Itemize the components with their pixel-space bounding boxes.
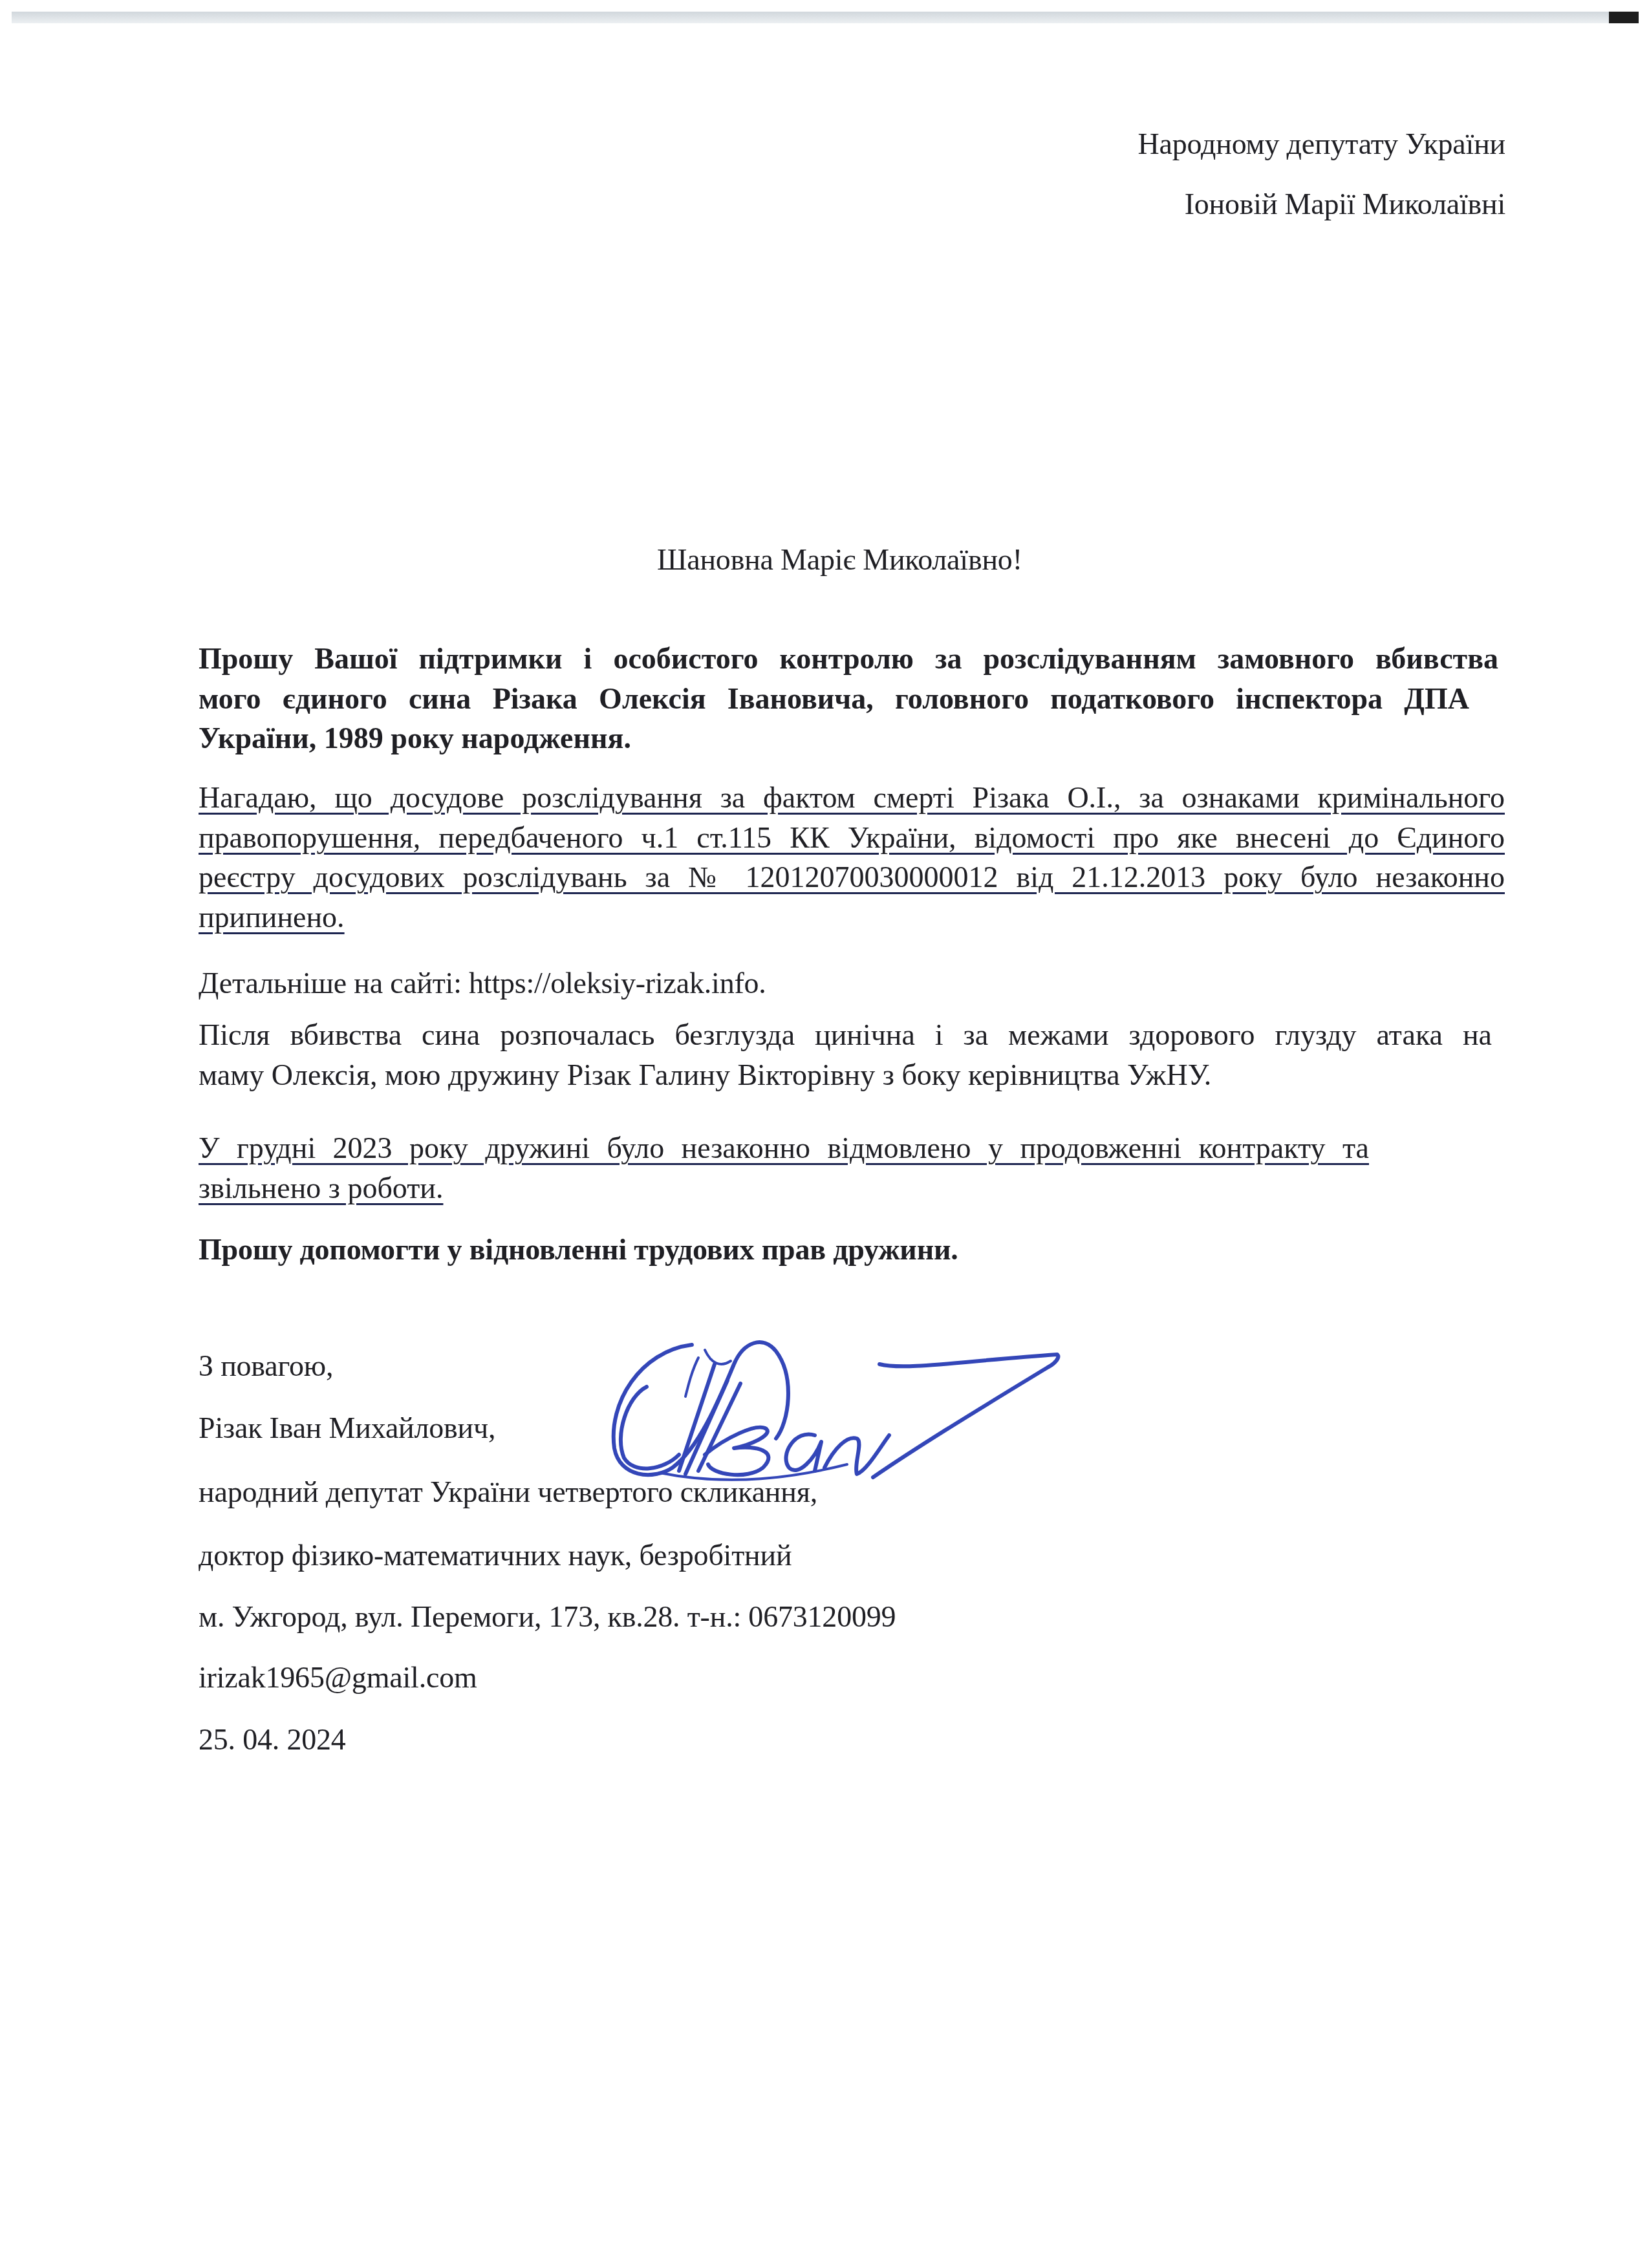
dismissal-line: У грудні 2023 року дружині було незаконн…	[199, 1128, 1369, 1168]
closing-request: Прошу допомогти у відновленні трудових п…	[199, 1235, 958, 1265]
scan-edge-mark	[1609, 12, 1639, 23]
dismissal-paragraph: У грудні 2023 року дружині було незаконн…	[199, 1128, 1369, 1208]
attack-line: Після вбивства сина розпочалась безглузд…	[199, 1015, 1492, 1055]
investigation-paragraph: Нагадаю, що досудове розслідування за фа…	[199, 778, 1505, 937]
dismissal-line: звільнено з роботи.	[199, 1171, 443, 1204]
signer-name: Різак Іван Михайлович,	[199, 1413, 495, 1443]
website-line: Детальніше на сайті: https://oleksiy-riz…	[199, 968, 766, 998]
letter-date: 25. 04. 2024	[199, 1725, 346, 1755]
signer-address: м. Ужгород, вул. Перемоги, 173, кв.28. т…	[199, 1602, 896, 1632]
regards: З повагою,	[199, 1351, 333, 1381]
request-line: мого єдиного сина Різака Олексія Іванови…	[199, 679, 1469, 719]
investigation-line: правопорушення, передбаченого ч.1 ст.115…	[199, 818, 1505, 858]
request-line: Прошу Вашої підтримки і особистого контр…	[199, 639, 1498, 679]
attack-paragraph: Після вбивства сина розпочалась безглузд…	[199, 1015, 1492, 1095]
scan-edge-band	[12, 12, 1609, 23]
signer-email: irizak1965@gmail.com	[199, 1663, 477, 1693]
investigation-line: припинено.	[199, 901, 345, 934]
request-paragraph: Прошу Вашої підтримки і особистого контр…	[199, 639, 1498, 758]
attack-line: маму Олексія, мою дружину Різак Галину В…	[199, 1055, 1492, 1095]
investigation-line: реєстру досудових розслідувань за № 1201…	[199, 857, 1505, 897]
handwritten-signature	[601, 1325, 1080, 1487]
request-line: України, 1989 року народження.	[199, 718, 1498, 758]
addressee-line-1: Народному депутату України	[1138, 129, 1506, 159]
signer-degree: доктор фізико-математичних наук, безробі…	[199, 1541, 792, 1570]
investigation-line: Нагадаю, що досудове розслідування за фа…	[199, 778, 1505, 818]
addressee-line-2: Іоновій Марії Миколаївні	[1185, 189, 1505, 219]
salutation: Шановна Маріє Миколаївно!	[657, 545, 1022, 575]
